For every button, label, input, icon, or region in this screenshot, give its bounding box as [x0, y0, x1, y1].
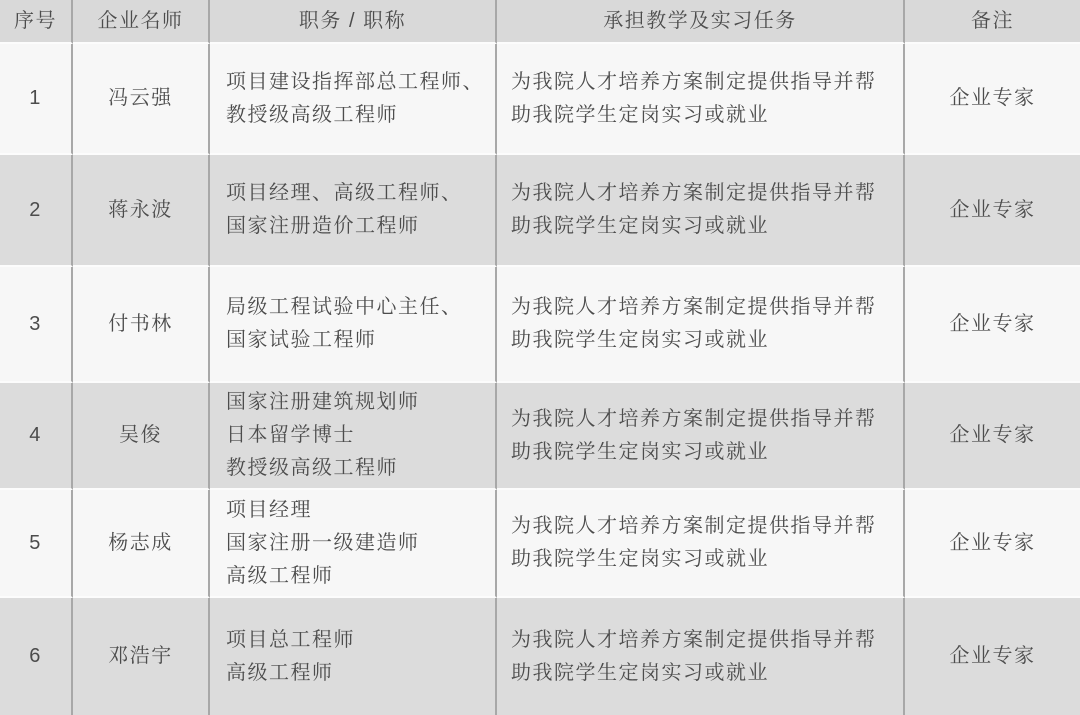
header-cell-no: 序号 [0, 0, 73, 44]
cell-teacher-name: 蒋永波 [73, 155, 210, 267]
cell-teaching-task: 为我院人才培养方案制定提供指导并帮助我院学生定岗实习或就业 [497, 383, 905, 490]
cell-position-title: 项目建设指挥部总工程师、 教授级高级工程师 [210, 44, 497, 155]
cell-teacher-name: 邓浩宇 [73, 598, 210, 715]
table-header-row: 序号 企业名师 职务 / 职称 承担教学及实习任务 备注 [0, 0, 1080, 44]
cell-row-number: 3 [0, 267, 73, 383]
table-row: 2 蒋永波 项目经理、高级工程师、 国家注册造价工程师 为我院人才培养方案制定提… [0, 155, 1080, 267]
cell-teacher-name: 付书林 [73, 267, 210, 383]
header-cell-note: 备注 [905, 0, 1080, 44]
cell-remark: 企业专家 [905, 155, 1080, 267]
cell-position-title: 国家注册建筑规划师 日本留学博士 教授级高级工程师 [210, 383, 497, 490]
cell-row-number: 6 [0, 598, 73, 715]
cell-teacher-name: 冯云强 [73, 44, 210, 155]
cell-teaching-task: 为我院人才培养方案制定提供指导并帮助我院学生定岗实习或就业 [497, 44, 905, 155]
cell-position-title: 局级工程试验中心主任、 国家试验工程师 [210, 267, 497, 383]
cell-row-number: 5 [0, 490, 73, 598]
header-cell-name: 企业名师 [73, 0, 210, 44]
cell-position-title: 项目经理 国家注册一级建造师 高级工程师 [210, 490, 497, 598]
cell-remark: 企业专家 [905, 44, 1080, 155]
table-row: 3 付书林 局级工程试验中心主任、 国家试验工程师 为我院人才培养方案制定提供指… [0, 267, 1080, 383]
cell-row-number: 4 [0, 383, 73, 490]
table-row: 4 吴俊 国家注册建筑规划师 日本留学博士 教授级高级工程师 为我院人才培养方案… [0, 383, 1080, 490]
enterprise-teachers-table: 序号 企业名师 职务 / 职称 承担教学及实习任务 备注 1 冯云强 项目建设指… [0, 0, 1080, 715]
cell-row-number: 1 [0, 44, 73, 155]
cell-remark: 企业专家 [905, 598, 1080, 715]
header-cell-task: 承担教学及实习任务 [497, 0, 905, 44]
cell-position-title: 项目总工程师 高级工程师 [210, 598, 497, 715]
cell-teaching-task: 为我院人才培养方案制定提供指导并帮助我院学生定岗实习或就业 [497, 490, 905, 598]
cell-position-title: 项目经理、高级工程师、 国家注册造价工程师 [210, 155, 497, 267]
table-row: 6 邓浩宇 项目总工程师 高级工程师 为我院人才培养方案制定提供指导并帮助我院学… [0, 598, 1080, 715]
table-row: 5 杨志成 项目经理 国家注册一级建造师 高级工程师 为我院人才培养方案制定提供… [0, 490, 1080, 598]
cell-remark: 企业专家 [905, 490, 1080, 598]
cell-teaching-task: 为我院人才培养方案制定提供指导并帮助我院学生定岗实习或就业 [497, 598, 905, 715]
cell-remark: 企业专家 [905, 383, 1080, 490]
header-cell-title: 职务 / 职称 [210, 0, 497, 44]
table-row: 1 冯云强 项目建设指挥部总工程师、 教授级高级工程师 为我院人才培养方案制定提… [0, 44, 1080, 155]
cell-row-number: 2 [0, 155, 73, 267]
cell-teacher-name: 杨志成 [73, 490, 210, 598]
cell-teaching-task: 为我院人才培养方案制定提供指导并帮助我院学生定岗实习或就业 [497, 155, 905, 267]
cell-teacher-name: 吴俊 [73, 383, 210, 490]
cell-teaching-task: 为我院人才培养方案制定提供指导并帮助我院学生定岗实习或就业 [497, 267, 905, 383]
cell-remark: 企业专家 [905, 267, 1080, 383]
